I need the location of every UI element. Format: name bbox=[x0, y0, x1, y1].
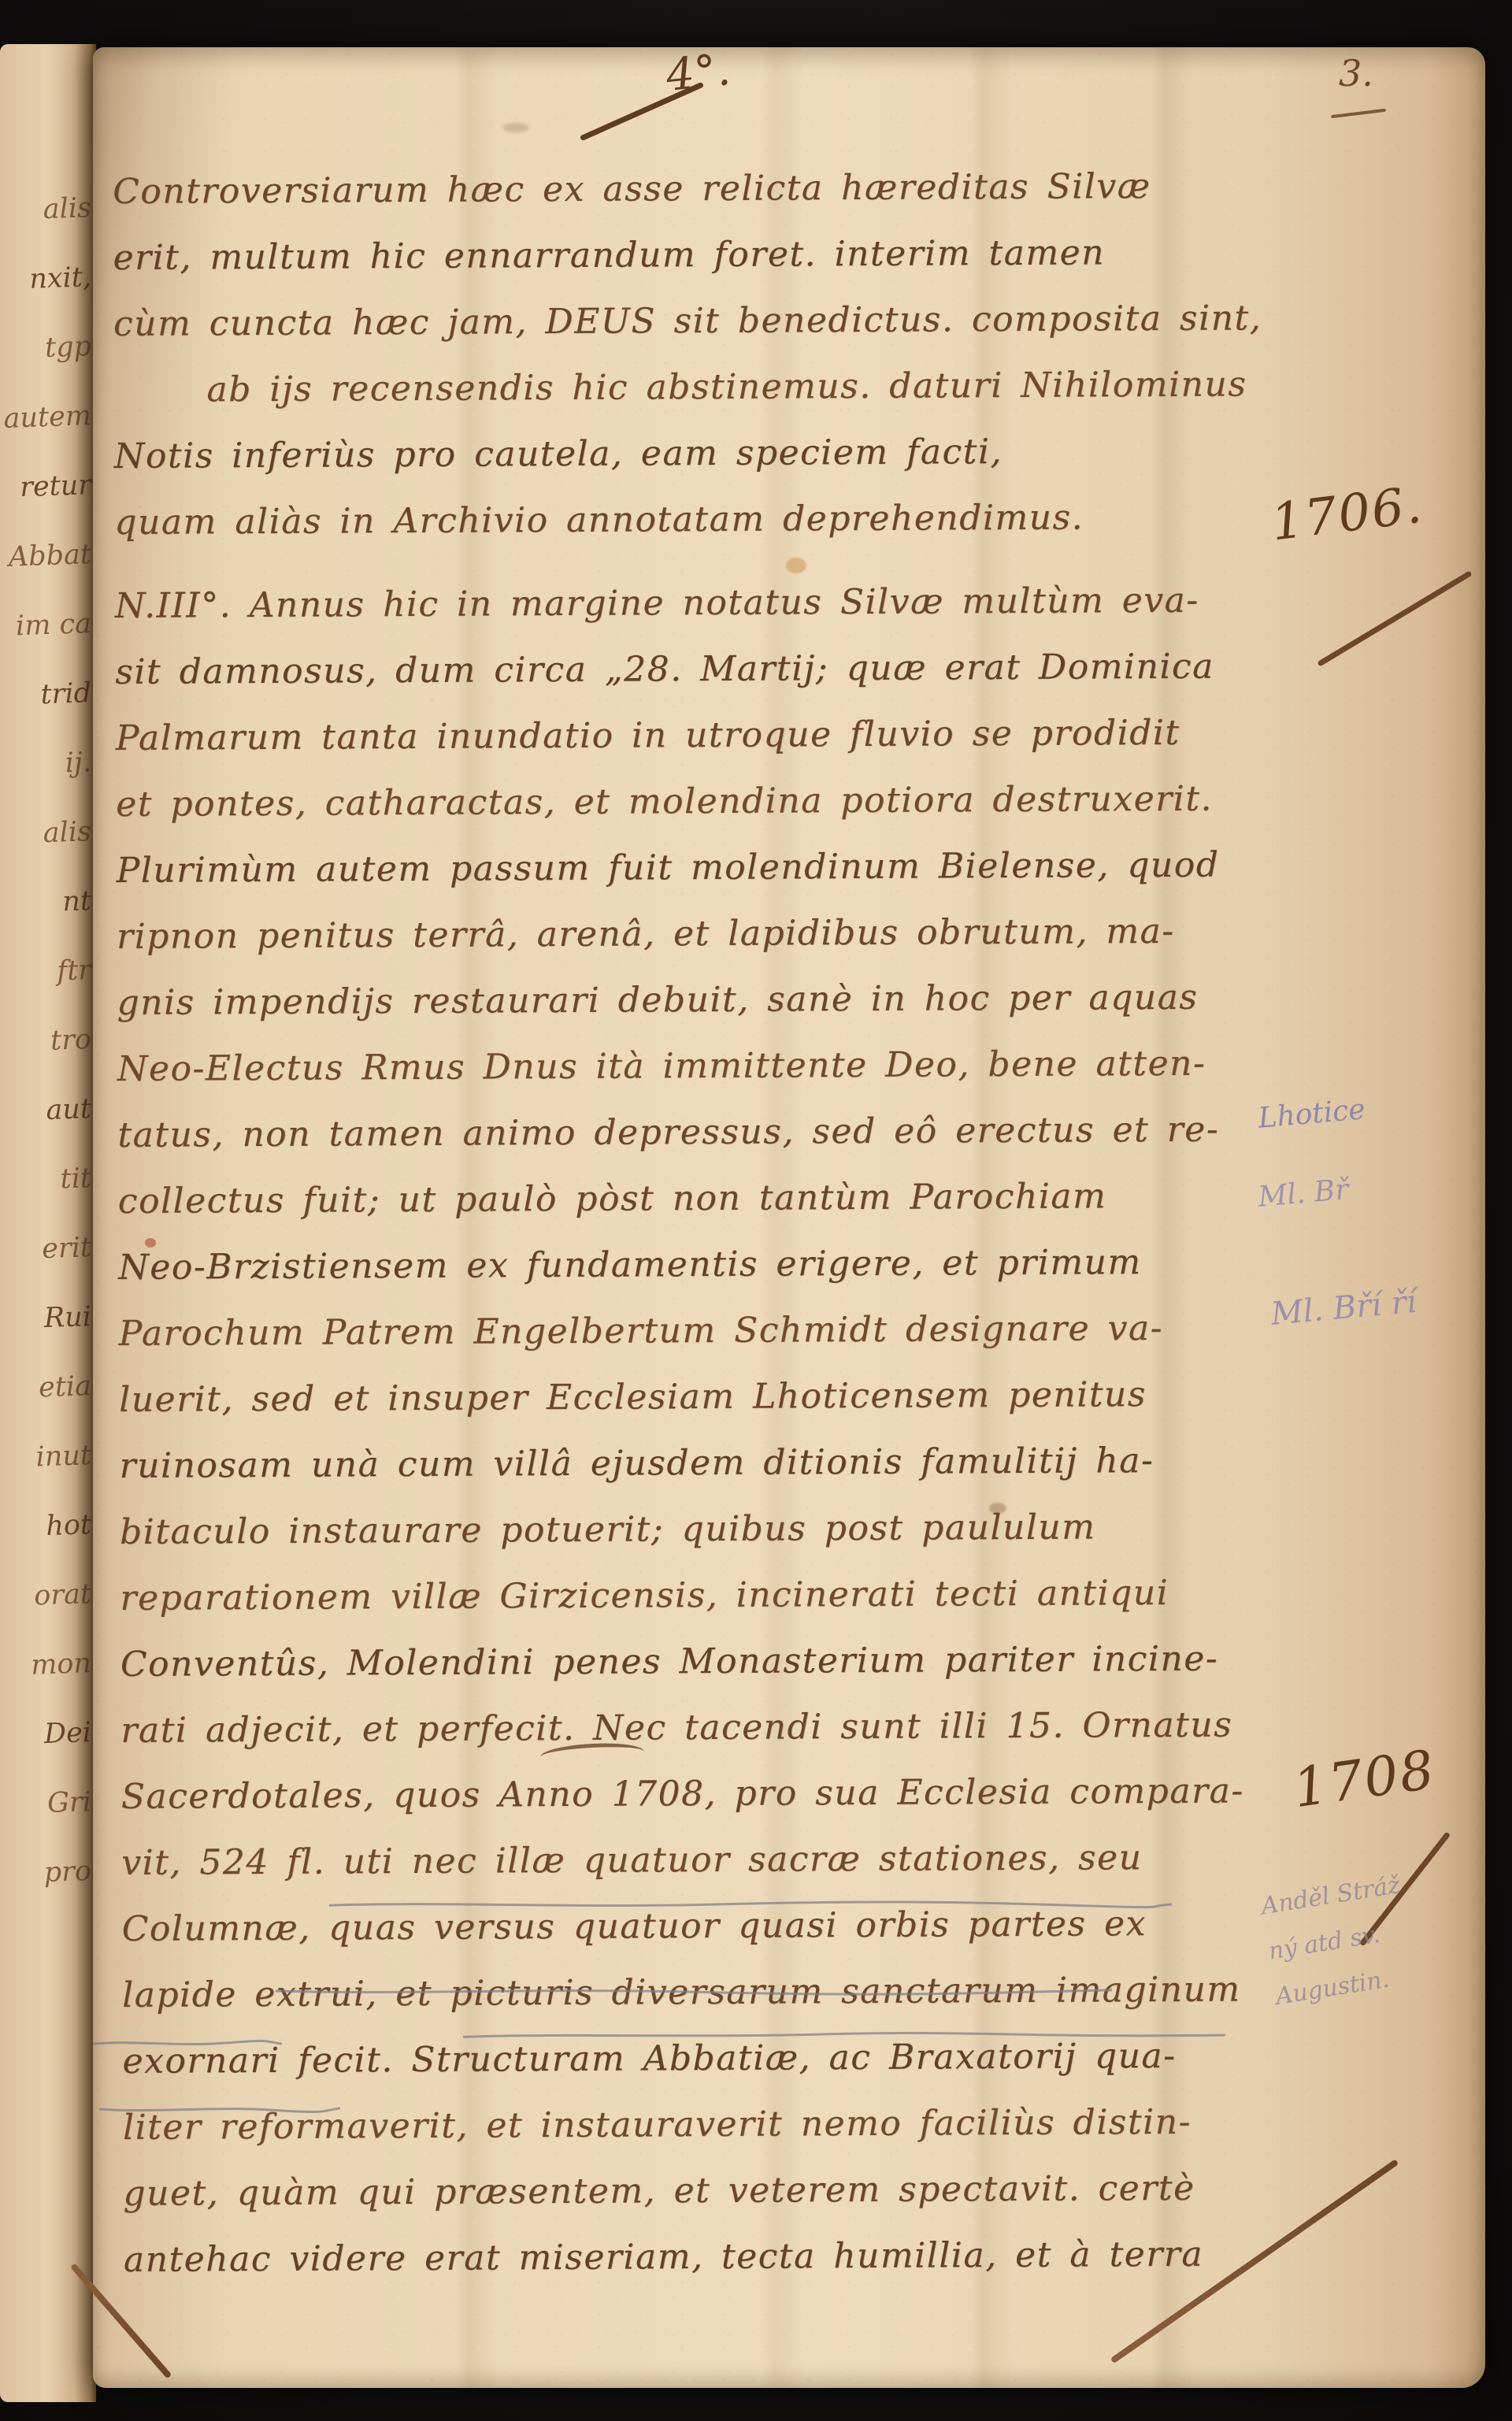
manuscript-line: Neo-Brzistiensem ex fundamentis erigere,… bbox=[118, 1229, 1315, 1301]
manuscript-line: Parochum Patrem Engelbertum Schmidt desi… bbox=[119, 1295, 1316, 1367]
manuscript-line: vit, 524 fl. uti nec illæ quatuor sacræ … bbox=[121, 1824, 1318, 1896]
manuscript-line: ripnon penitus terrâ, arenâ, et lapidibu… bbox=[117, 898, 1314, 970]
manuscript-line: guet, quàm qui præsentem, et veterem spe… bbox=[123, 2155, 1320, 2227]
manuscript-line: Notis inferiùs pro cautela, eam speciem … bbox=[114, 417, 1311, 490]
manuscript-line: antehac videre erat miseriam, tecta humi… bbox=[124, 2221, 1321, 2293]
manuscript-line: erit, multum hic ennarrandum foret. inte… bbox=[113, 219, 1310, 291]
manuscript-line: Controversiarum hæc ex asse relicta hære… bbox=[113, 153, 1310, 225]
facing-page-text-fragment: Abbat bbox=[0, 520, 97, 592]
facing-page-text-fragment: trid bbox=[0, 658, 97, 731]
manuscript-line: ab ijs recensendis hic abstinemus. datur… bbox=[113, 351, 1310, 424]
pencil-note-augustin: Anděl Stráž ný atd sv. Augustin. bbox=[1258, 1863, 1417, 2020]
facing-page-text-fragment: orat bbox=[0, 1559, 97, 1632]
facing-page-text-fragment: mon bbox=[0, 1629, 97, 1701]
pencil-underline bbox=[93, 2038, 282, 2048]
facing-page-text-fragment: etia bbox=[0, 1351, 97, 1424]
facing-page-text-fragment: im ca bbox=[0, 589, 97, 662]
page-number-underline bbox=[1331, 109, 1386, 119]
manuscript-line: Neo-Electus Rmus Dnus ità immittente Deo… bbox=[117, 1030, 1314, 1103]
pencil-underline bbox=[329, 1900, 1172, 1909]
pencil-underline bbox=[463, 2030, 1225, 2040]
pencil-underline bbox=[276, 1986, 1112, 1996]
facing-page-text-fragment: hot bbox=[0, 1490, 97, 1563]
facing-page-text-fragment: alis bbox=[0, 797, 97, 869]
facing-page-text-fragment: Rui bbox=[0, 1282, 97, 1355]
manuscript-line: rati adjecit, et perfecit. Nec tacendi s… bbox=[120, 1692, 1317, 1764]
manuscript-line: bitaculo instaurare potuerit; quibus pos… bbox=[120, 1493, 1317, 1566]
facing-page-text-fragment: nt bbox=[0, 866, 97, 939]
manuscript-line: gnis impendijs restaurari debuit, sanè i… bbox=[117, 964, 1314, 1036]
manuscript-line: cùm cuncta hæc jam, DEUS sit benedictus.… bbox=[113, 285, 1310, 358]
manuscript-line: Sacerdotales, quos Anno 1708, pro sua Ec… bbox=[121, 1758, 1318, 1830]
facing-page-text-fragment: tgp bbox=[0, 312, 97, 384]
manuscript-line: quam aliàs in Archivio annotatam deprehe… bbox=[114, 484, 1311, 556]
text-block: Controversiarum hæc ex asse relicta hære… bbox=[113, 153, 1321, 2293]
paper-stain bbox=[502, 123, 529, 132]
manuscript-line: luerit, sed et insuper Ecclesiam Lhotice… bbox=[119, 1361, 1316, 1433]
paragraph-1: Controversiarum hæc ex asse relicta hære… bbox=[113, 153, 1312, 556]
facing-page-text-fragment: ftr bbox=[0, 936, 97, 1008]
manuscript-line: liter reformaverit, et instauraverit nem… bbox=[123, 2089, 1320, 2161]
facing-page-text-fragment: tit bbox=[0, 1144, 97, 1216]
facing-page-text-fragment: nxit, bbox=[0, 243, 97, 315]
facing-page-text-column: alis nxit, tgp autem retur Abbat im ca t… bbox=[0, 44, 96, 1908]
page-number: 3. bbox=[1339, 52, 1373, 95]
manuscript-line: sit damnosus, dum circa „28. Martij; quæ… bbox=[115, 633, 1312, 706]
margin-flourish-1706 bbox=[1317, 570, 1472, 666]
facing-page-text-fragment: Dei bbox=[0, 1698, 97, 1770]
facing-page-text-fragment: inut bbox=[0, 1421, 97, 1493]
facing-page-text-fragment: alis bbox=[0, 173, 97, 246]
manuscript-line: collectus fuit; ut paulò pòst non tantùm… bbox=[118, 1162, 1315, 1235]
manuscript-line: ruinosam unà cum villâ ejusdem ditionis … bbox=[119, 1427, 1316, 1500]
facing-page-text-fragment: aut bbox=[0, 1074, 97, 1147]
pencil-underline bbox=[99, 2104, 340, 2114]
facing-page-text-fragment: erit bbox=[0, 1213, 97, 1285]
facing-page-text-fragment: tro bbox=[0, 1005, 97, 1077]
manuscript-line: N.III°. Annus hic in margine notatus Sil… bbox=[115, 567, 1312, 640]
manuscript-line: Palmarum tanta inundatio in utroque fluv… bbox=[116, 699, 1313, 772]
manuscript-line: et pontes, catharactas, et molendina pot… bbox=[116, 766, 1313, 838]
facing-page-text-fragment: autem bbox=[0, 381, 97, 454]
facing-page-text-fragment: pro bbox=[0, 1837, 97, 1909]
folio-strike-line bbox=[580, 82, 704, 142]
manuscript-line: reparationem villæ Girzicensis, incinera… bbox=[120, 1559, 1317, 1632]
photo-background: alis nxit, tgp autem retur Abbat im ca t… bbox=[0, 0, 1512, 2421]
facing-page-text-fragment: Gri bbox=[0, 1767, 97, 1840]
manuscript-line: tatus, non tamen animo depressus, sed eô… bbox=[117, 1096, 1314, 1169]
facing-page-text-fragment: ij. bbox=[0, 728, 97, 800]
facing-page-text-fragment: retur bbox=[0, 450, 97, 523]
manuscript-page: 4°. 3. Controversiarum hæc ex asse relic… bbox=[93, 47, 1485, 2388]
manuscript-line: Plurimùm autem passum fuit molendinum Bi… bbox=[116, 832, 1313, 904]
manuscript-line: Conventûs, Molendini penes Monasterium p… bbox=[120, 1626, 1317, 1698]
facing-page-edge: alis nxit, tgp autem retur Abbat im ca t… bbox=[0, 44, 96, 2402]
